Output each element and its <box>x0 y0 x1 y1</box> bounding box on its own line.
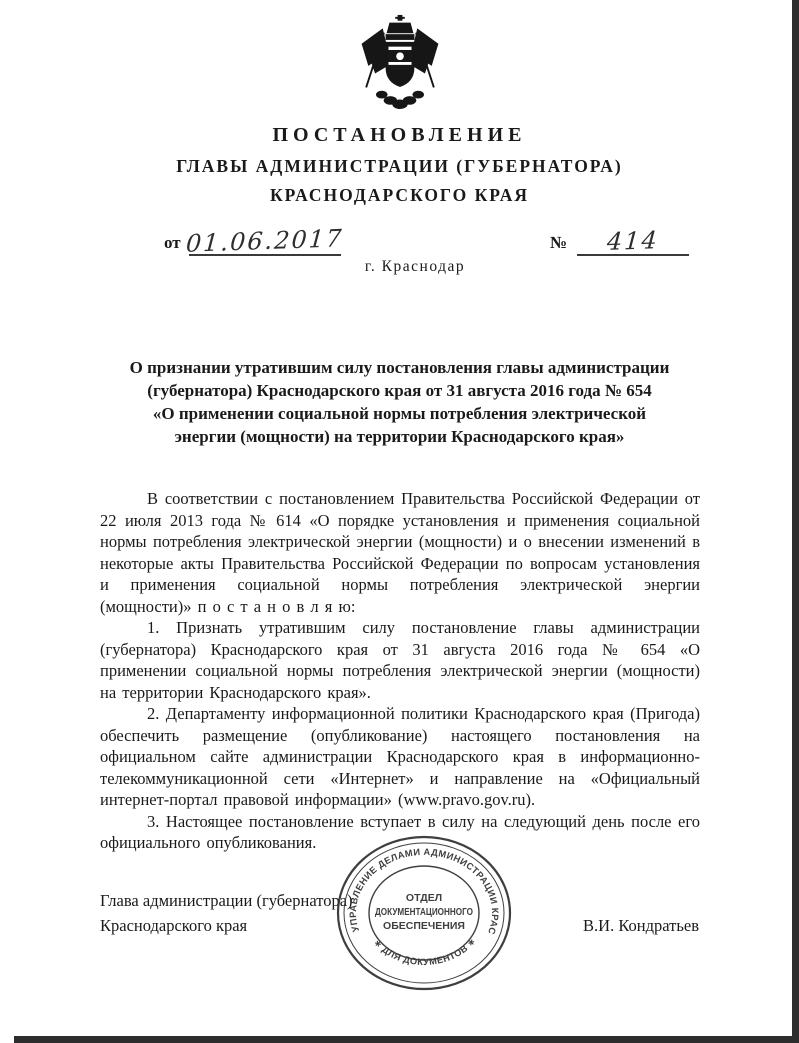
signatory-name: В.И. Кондратьев <box>583 913 699 938</box>
emblem-container <box>0 0 799 110</box>
document-title-block: ПОСТАНОВЛЕНИЕ ГЛАВЫ АДМИНИСТРАЦИИ (ГУБЕР… <box>0 122 799 206</box>
item-1-paragraph: 1. Признать утратившим силу постановлени… <box>100 617 700 703</box>
doc-type-title: ПОСТАНОВЛЕНИЕ <box>0 122 799 148</box>
authority-line-1: ГЛАВЫ АДМИНИСТРАЦИИ (ГУБЕРНАТОРА) <box>0 155 799 177</box>
krasnodar-coat-of-arms-icon <box>356 14 444 110</box>
city-line: г. Краснодар <box>260 258 570 276</box>
preamble-paragraph: В соответствии с постановлением Правител… <box>100 488 700 617</box>
subject-heading: О признании утратившим силу постановлени… <box>100 356 700 448</box>
date-number-row: от 01.06.2017 № 414 <box>100 222 699 256</box>
number-label: № <box>550 231 567 256</box>
scan-edge-right <box>792 0 799 1043</box>
document-body: В соответствии с постановлением Правител… <box>100 488 700 854</box>
stamp-bottom-arc-text: ∗ ДЛЯ ДОКУМЕНТОВ ∗ <box>372 936 478 967</box>
handwritten-date: 01.06.2017 <box>185 225 344 257</box>
signature-block: Глава администрации (губернатора) Красно… <box>100 888 699 938</box>
subject-line: энергии (мощности) на территории Краснод… <box>100 425 700 448</box>
date-field: 01.06.2017 <box>189 222 341 256</box>
scanned-document-page: ПОСТАНОВЛЕНИЕ ГЛАВЫ АДМИНИСТРАЦИИ (ГУБЕР… <box>0 0 799 1043</box>
authority-line-2: КРАСНОДАРСКОГО КРАЯ <box>0 184 799 206</box>
signatory-post-line-1: Глава администрации (губернатора) <box>100 888 353 913</box>
signatory-post: Глава администрации (губернатора) Красно… <box>100 888 353 938</box>
item-2-paragraph: 2. Департаменту информационной политики … <box>100 703 700 811</box>
signatory-post-line-2: Краснодарского края <box>100 913 353 938</box>
subject-line: (губернатора) Краснодарского края от 31 … <box>100 379 700 402</box>
subject-line: О признании утратившим силу постановлени… <box>100 356 700 379</box>
item-3-paragraph: 3. Настоящее постановление вступает в си… <box>100 811 700 854</box>
date-label: от <box>164 231 181 256</box>
subject-line: «О применении социальной нормы потреблен… <box>100 402 700 425</box>
number-field: 414 <box>577 222 689 256</box>
handwritten-number: 414 <box>606 227 660 255</box>
scan-edge-bottom <box>14 1036 799 1043</box>
